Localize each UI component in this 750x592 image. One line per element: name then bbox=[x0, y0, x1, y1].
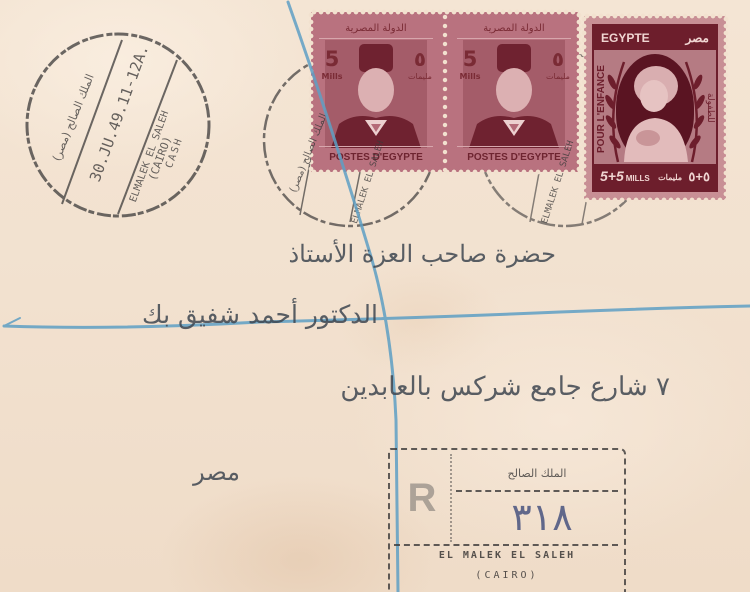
divider bbox=[394, 544, 618, 546]
address-line-1: حضرة صاحب العزة الأستاذ bbox=[288, 240, 556, 268]
registration-city: (CAIRO) bbox=[390, 570, 624, 581]
registration-crayon-lines-icon bbox=[0, 0, 750, 592]
registration-r-mark: R bbox=[394, 454, 452, 542]
address-line-3: ٧ شارع جامع شركس بالعابدين bbox=[340, 372, 670, 402]
address-line-4: مصر bbox=[193, 458, 240, 486]
envelope-cover: الدولة المصرية 5 Mills ٥ مليمات POSTES D… bbox=[0, 0, 750, 592]
registration-office-latin: EL MALEK EL SALEH bbox=[390, 550, 624, 561]
registration-label: R الملك الصالح ٣١٨ EL MALEK EL SALEH (CA… bbox=[388, 448, 626, 592]
registration-office-arabic: الملك الصالح bbox=[456, 458, 618, 492]
address-line-2: الدكتور أحمد شفيق بك bbox=[142, 300, 378, 329]
registration-number: ٣١٨ bbox=[482, 494, 602, 540]
